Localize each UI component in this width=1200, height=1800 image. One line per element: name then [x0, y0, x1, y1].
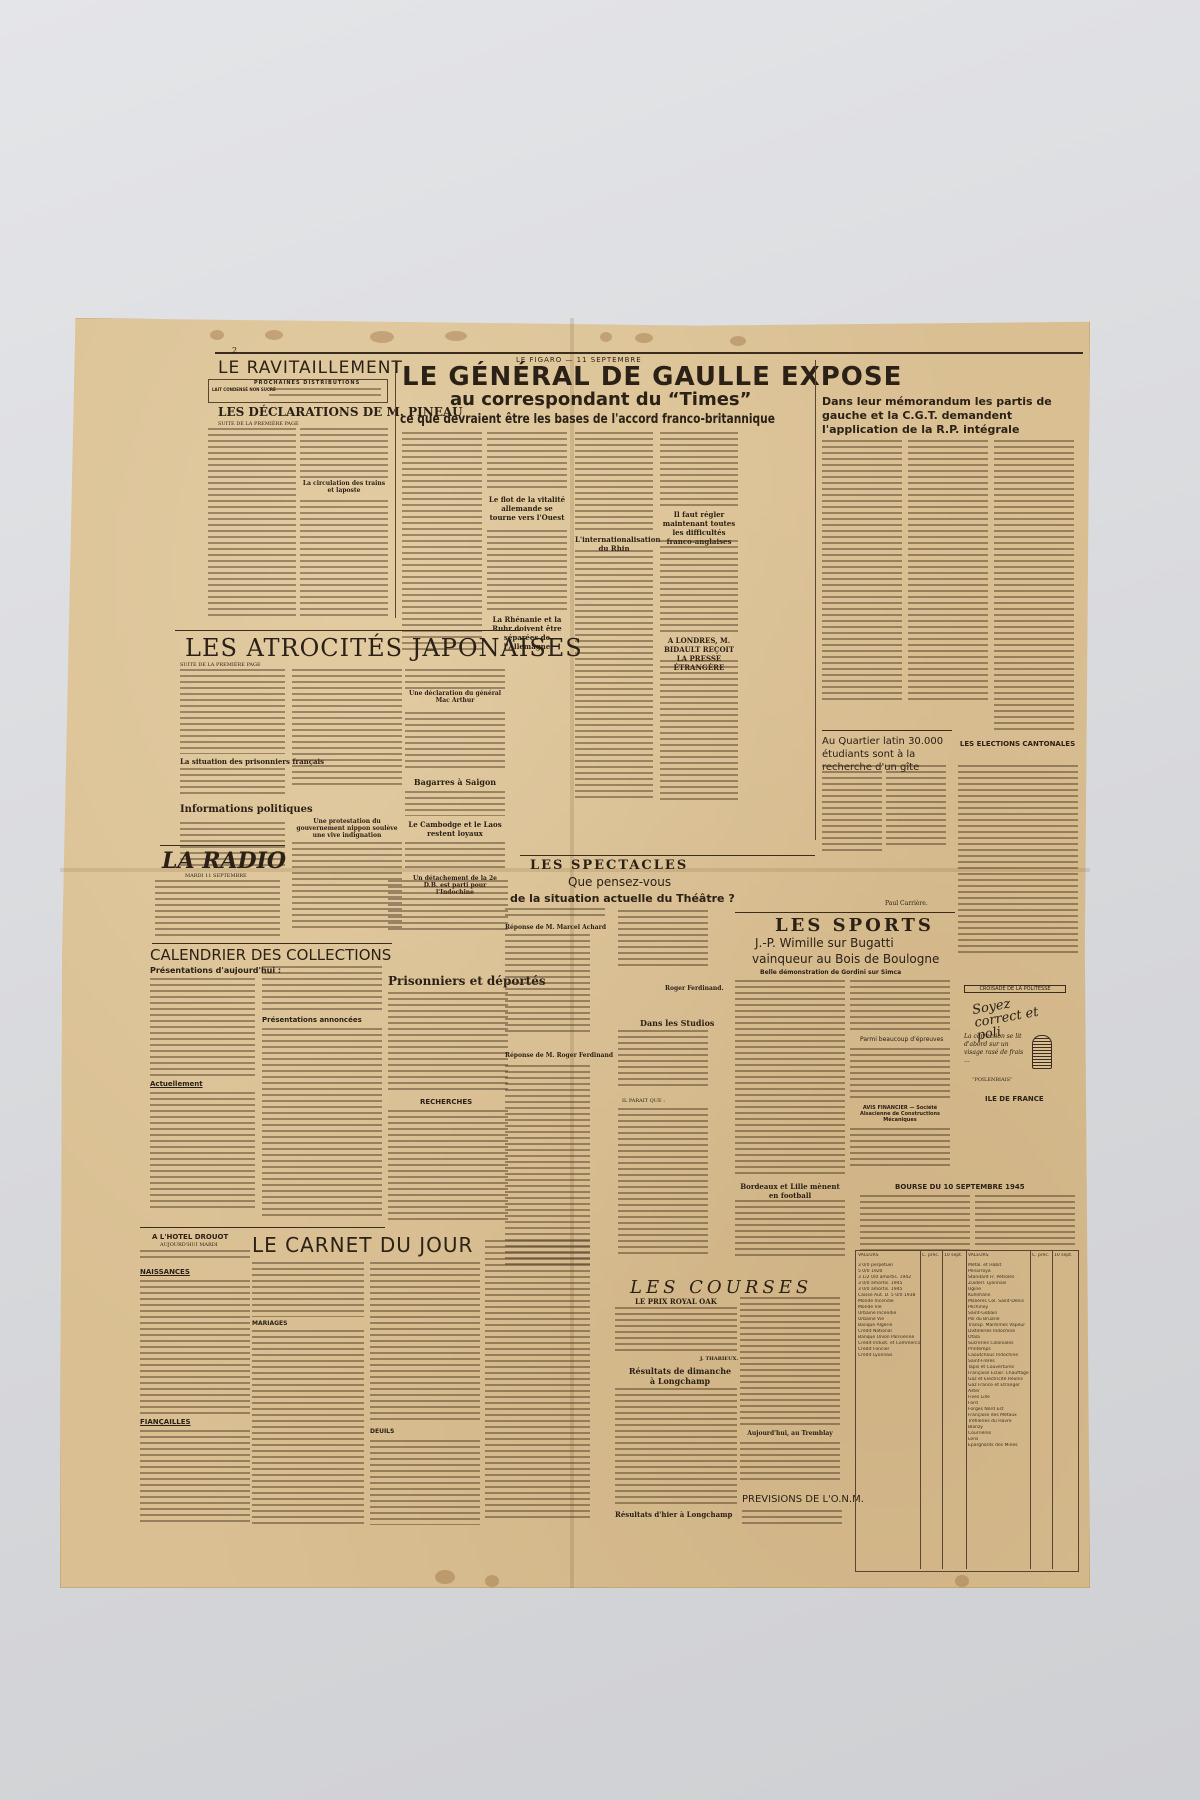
sports-col-1b — [735, 1200, 845, 1260]
section-rule — [140, 1227, 385, 1228]
sports-sub-2: Bordeaux et Lille mènent en football — [735, 1182, 845, 1200]
de-gaulle-col-3b — [575, 550, 653, 800]
table-divider — [942, 1251, 943, 1569]
atrocites-sub-4: Le Cambodge et le Laos restent loyaux — [405, 820, 505, 838]
atrocites-col-2a — [292, 669, 402, 789]
stain — [730, 336, 746, 346]
ad-footer: ILE DE FRANCE — [985, 1095, 1044, 1103]
atrocites-col-3c — [405, 791, 505, 816]
sports-deck-1: J.-P. Wimille sur Bugatti — [755, 936, 894, 950]
calendrier-sub-3: Actuellement — [150, 1080, 203, 1088]
de-gaulle-deck-1: au correspondant du “Times” — [450, 389, 751, 410]
stain — [370, 331, 394, 343]
prisonniers-above — [388, 880, 508, 930]
sports-col-2a — [850, 980, 950, 1030]
distributions-box: PROCHAINES DISTRIBUTIONS LAIT CONDENSÉ N… — [208, 379, 388, 403]
informations-title: Informations politiques — [180, 804, 313, 815]
dimanche-results — [615, 1388, 737, 1508]
atrocites-col-3a — [405, 669, 505, 689]
stain — [265, 330, 283, 340]
courses-col-2 — [740, 1297, 840, 1427]
pineau-column-1 — [208, 428, 296, 616]
sports-deck-3: Belle démonstration de Gordini sur Simca — [760, 969, 901, 976]
bourse-col-header: C. préc. — [1032, 1253, 1052, 1259]
ravitaillement-title: LE RAVITAILLEMENT — [218, 358, 403, 378]
distributions-label: LAIT CONDENSÉ NON SUCRÉ — [212, 387, 276, 392]
calendrier-col-2b — [262, 1028, 382, 1218]
deuils-text — [370, 1440, 480, 1525]
de-gaulle-deck-2: ce que devraient être les bases de l'acc… — [400, 412, 775, 427]
courses-sub-2: Résultats de dimanche à Longchamp — [625, 1366, 735, 1386]
carnet-col-3a — [370, 1262, 480, 1422]
sports-deck-2: vainqueur au Bois de Boulogne — [752, 952, 939, 966]
prisonniers-sub: RECHERCHES — [420, 1098, 472, 1106]
quartier-latin-col-2 — [886, 765, 946, 845]
calendrier-sub-2: Présentations annoncées — [262, 1016, 362, 1024]
parait-que-text — [618, 1108, 708, 1258]
carnet-sub-1: NAISSANCES — [140, 1268, 190, 1276]
spectacles-title: LES SPECTACLES — [530, 858, 688, 873]
section-rule — [520, 855, 815, 856]
calendrier-col-1b — [150, 1092, 255, 1212]
royal-oak-text — [615, 1307, 737, 1352]
de-gaulle-sub-1: Le flot de la vitalité allemande se tour… — [487, 495, 567, 522]
stain — [485, 1575, 499, 1587]
drouot-text — [140, 1250, 250, 1262]
de-gaulle-col-2a — [487, 432, 567, 492]
table-divider — [1052, 1251, 1053, 1569]
courses-title: LES COURSES — [630, 1277, 812, 1298]
spectacles-col-1b — [505, 1065, 590, 1265]
de-gaulle-col-1 — [402, 432, 482, 654]
page-number: 2 — [232, 346, 237, 355]
courses-byline: J. THARIEUX. — [700, 1356, 738, 1362]
section-rule — [822, 730, 952, 731]
sports-col-1 — [735, 980, 845, 1175]
atrocites-col-1a — [180, 669, 285, 754]
sports-col-2b — [850, 1048, 950, 1098]
fiancailles-text — [140, 1430, 250, 1525]
man-illustration-icon — [1032, 1035, 1052, 1069]
elections-title: LES ELECTIONS CANTONALES — [955, 740, 1080, 748]
drouot-title: A L'HOTEL DROUOT — [152, 1233, 228, 1241]
top-rule — [215, 352, 1083, 354]
quartier-latin-byline: Paul Carrière. — [885, 900, 928, 907]
table-divider — [1030, 1251, 1031, 1569]
pineau-column-2b — [300, 500, 388, 616]
bourse-col-header: 10 sept. — [944, 1253, 964, 1259]
distributions-text — [269, 388, 381, 400]
radio-date: MARDI 11 SEPTEMBRE — [185, 873, 247, 879]
spectacles-deck-1: Que pensez-vous — [568, 875, 671, 889]
atrocites-col-1b — [180, 768, 285, 798]
memorandum-col-1 — [822, 440, 902, 700]
atrocites-sub-3: Bagarres à Saigon — [405, 777, 505, 787]
bourse-col-header: VALEURS — [858, 1253, 918, 1259]
spectacles-deck-2: de la situation actuelle du Théâtre ? — [510, 892, 735, 905]
de-gaulle-col-2b — [487, 530, 567, 610]
calendrier-title: CALENDRIER DES COLLECTIONS — [150, 946, 391, 964]
spectacles-sub-3: Dans les Studios — [640, 1018, 714, 1028]
naissances-text — [140, 1280, 250, 1415]
atrocites-col-3d — [405, 842, 505, 872]
sports-col-2c — [850, 1128, 950, 1168]
bourse-col-header: C. préc. — [922, 1253, 942, 1259]
atrocites-col-2b — [292, 842, 402, 932]
sports-sub-1: Parmi beaucoup d'épreuves — [860, 1036, 943, 1043]
spectacles-sub-1: Réponse de M. Marcel Achard — [505, 924, 606, 931]
memorandum-col-3 — [994, 440, 1074, 730]
pineau-column-2a — [300, 428, 388, 478]
de-gaulle-col-4c — [660, 660, 738, 800]
tremblay-text — [740, 1442, 840, 1482]
bourse-col-header: VALEURS — [968, 1253, 1028, 1259]
section-rule — [160, 845, 285, 846]
stain — [210, 330, 224, 340]
bourse-col-header: 10 sept. — [1054, 1253, 1074, 1259]
spectacles-intro — [505, 908, 605, 920]
pineau-minor-heading: La circulation des trains et laposte — [300, 480, 388, 494]
section-rule — [175, 630, 520, 631]
bourse-intro-1 — [860, 1195, 970, 1250]
column-divider — [395, 360, 396, 618]
ad-brand: “POILENBIAIS” — [972, 1077, 1013, 1083]
courses-sub-1: LE PRIX ROYAL OAK — [635, 1297, 717, 1306]
distributions-subtitle: PROCHAINES DISTRIBUTIONS — [254, 380, 360, 386]
atrocites-subhead: SUITE DE LA PREMIÈRE PAGE — [180, 662, 261, 668]
de-gaulle-headline: LE GÉNÉRAL DE GAULLE EXPOSE — [402, 362, 902, 392]
carnet-sub-2: FIANÇAILLES — [140, 1418, 191, 1426]
bourse-table: VALEURSC. préc.10 sept.VALEURSC. préc.10… — [855, 1250, 1079, 1572]
section-rule — [152, 943, 392, 944]
atrocites-sub-2: Une déclaration du général Mac Arthur — [405, 690, 505, 704]
memorandum-col-2 — [908, 440, 988, 700]
carnet-col-2a — [252, 1262, 364, 1317]
de-gaulle-col-3a — [575, 432, 653, 532]
spectacles-byline: Roger Ferdinand. — [665, 985, 724, 992]
atrocites-col-3b — [405, 712, 505, 772]
sports-title: LES SPORTS — [775, 915, 934, 936]
prisonniers-text-1 — [388, 992, 508, 1092]
radio-title: LA RADIO — [162, 848, 286, 874]
mariages-text — [252, 1330, 364, 1525]
stain — [435, 1570, 455, 1584]
drouot-sub: AUJOURD'HUI MARDI — [160, 1242, 218, 1248]
prisonniers-text-2 — [388, 1110, 508, 1220]
carnet-col-4 — [485, 1240, 590, 1520]
radio-programmes — [155, 880, 280, 940]
de-gaulle-col-4a — [660, 432, 738, 507]
spectacles-sub-2: Réponse de M. Roger Ferdinand — [505, 1052, 613, 1059]
ad-body: La correction se lit d'abord sur un visa… — [964, 1033, 1024, 1065]
courses-sub-3: Résultats d'hier à Longchamp — [615, 1510, 732, 1519]
atrocites-headline: LES ATROCITÉS JAPONAISES — [185, 634, 583, 662]
table-divider — [966, 1251, 967, 1569]
studios-text — [618, 1030, 708, 1090]
stain — [445, 331, 467, 341]
quartier-latin-col-1 — [822, 765, 882, 855]
bourse-row-label: Épargnants des Mines — [968, 1443, 1030, 1449]
carnet-sub-3: MARIAGES — [252, 1320, 287, 1327]
de-gaulle-col-4b — [660, 540, 738, 632]
stain — [600, 332, 612, 342]
bourse-intro-2 — [975, 1195, 1075, 1245]
calendrier-col-1a — [150, 978, 255, 1078]
onm-text — [742, 1510, 842, 1524]
bourse-row-label: Crédit Lyonnais — [858, 1353, 920, 1359]
stain — [635, 333, 653, 343]
carnet-title: LE CARNET DU JOUR — [252, 1233, 473, 1257]
section-rule — [735, 912, 955, 913]
carnet-sub-4: DEUILS — [370, 1428, 394, 1435]
courses-sub-4: Aujourd'hui, au Tremblay — [740, 1430, 840, 1437]
stain — [955, 1575, 969, 1587]
politesse-ad: CROISADE DE LA POLITESSE Soyez correct e… — [962, 985, 1072, 1095]
column-divider — [815, 360, 816, 840]
pineau-subhead: SUITE DE LA PREMIÈRE PAGE — [218, 421, 299, 427]
atrocites-sub-5: Une protestation du gouvernement nippon … — [292, 818, 402, 839]
onm-title: PREVISIONS DE L'O.N.M. — [742, 1494, 864, 1505]
sports-notice: AVIS FINANCIER — Société Alsacienne de C… — [850, 1105, 950, 1123]
spectacles-col-1a — [505, 934, 590, 1034]
spectacles-sub-4: IL PARAIT QUE : — [622, 1098, 665, 1104]
calendrier-col-2a — [262, 966, 382, 1014]
bourse-title: BOURSE DU 10 SEPTEMBRE 1945 — [895, 1183, 1025, 1191]
table-divider — [920, 1251, 921, 1569]
spectacles-col-2a — [618, 910, 708, 970]
memorandum-headline: Dans leur mémorandum les partis de gauch… — [822, 395, 1087, 437]
ad-banner: CROISADE DE LA POLITESSE — [964, 985, 1066, 993]
elections-text — [958, 765, 1078, 957]
